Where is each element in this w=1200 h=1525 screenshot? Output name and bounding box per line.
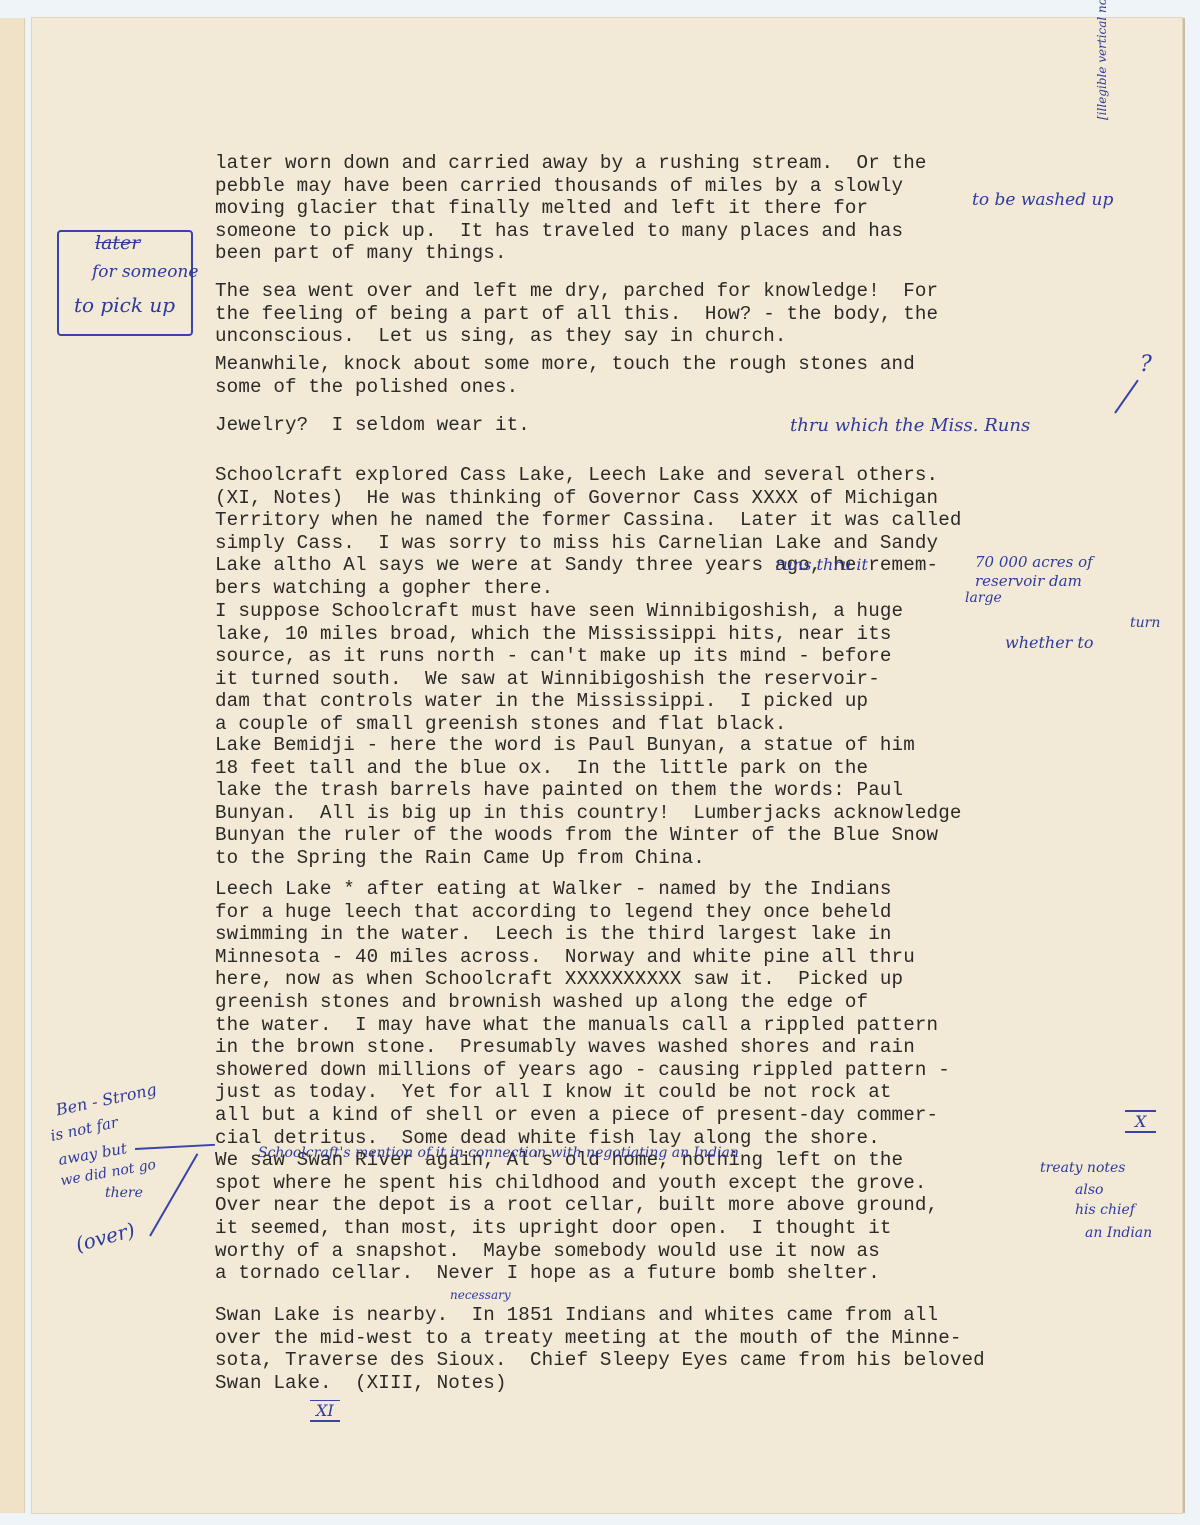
paragraph: I suppose Schoolcraft must have seen Win…	[215, 600, 903, 736]
text-line: Territory when he named the former Cassi…	[215, 509, 962, 532]
text-line: greenish stones and brownish washed up a…	[215, 991, 950, 1014]
paragraph: Meanwhile, knock about some more, touch …	[215, 353, 915, 398]
text-line: showered down millions of years ago - ca…	[215, 1059, 950, 1082]
paragraph: Schoolcraft explored Cass Lake, Leech La…	[215, 464, 962, 600]
text-line: lake the trash barrels have painted on t…	[215, 779, 962, 802]
margin-note-pick-up: to pick up	[74, 293, 175, 317]
text-line: some of the polished ones.	[215, 376, 915, 399]
text-line: for a huge leech that according to legen…	[215, 901, 950, 924]
note-large: large	[965, 590, 1002, 606]
text-line: later worn down and carried away by a ru…	[215, 152, 927, 175]
text-line: Swan Lake is nearby. In 1851 Indians and…	[215, 1304, 985, 1327]
text-line: source, as it runs north - can't make up…	[215, 645, 903, 668]
text-line: bers watching a gopher there.	[215, 577, 962, 600]
text-line: swimming in the water. Leech is the thir…	[215, 923, 950, 946]
margin-ben-strong-5: there	[105, 1185, 143, 1201]
text-line: Jewelry? I seldom wear it.	[215, 414, 530, 437]
text-line: 18 feet tall and the blue ox. In the lit…	[215, 757, 962, 780]
note-runs-thru: runs thru it	[775, 555, 868, 574]
paragraph: The sea went over and left me dry, parch…	[215, 280, 938, 348]
text-line: (XI, Notes) He was thinking of Governor …	[215, 487, 962, 510]
text-line: the feeling of being a part of all this.…	[215, 303, 938, 326]
text-line: Swan Lake. (XIII, Notes)	[215, 1372, 985, 1395]
text-line: simply Cass. I was sorry to miss his Car…	[215, 532, 962, 555]
paragraph: Leech Lake * after eating at Walker - na…	[215, 878, 950, 1285]
text-line: spot where he spent his childhood and yo…	[215, 1172, 950, 1195]
previous-page-edge	[0, 18, 25, 1513]
text-line: Leech Lake * after eating at Walker - na…	[215, 878, 950, 901]
vertical-margin-note: [illegible vertical note]	[1095, 0, 1109, 120]
note-miss-runs: thru which the Miss. Runs	[790, 415, 1030, 436]
text-line: a tornado cellar. Never I hope as a futu…	[215, 1262, 950, 1285]
text-line: it turned south. We saw at Winnibigoshis…	[215, 668, 903, 691]
text-line: just as today. Yet for all I know it cou…	[215, 1081, 950, 1104]
correction-xi: XI	[310, 1400, 340, 1422]
text-line: Bunyan the ruler of the woods from the W…	[215, 824, 962, 847]
text-line: pebble may have been carried thousands o…	[215, 175, 927, 198]
margin-note-later: later	[95, 232, 140, 254]
text-line: dam that controls water in the Mississip…	[215, 690, 903, 713]
margin-note-for-someone: for someone	[92, 262, 198, 282]
text-line: to the Spring the Rain Came Up from Chin…	[215, 847, 962, 870]
text-line: The sea went over and left me dry, parch…	[215, 280, 938, 303]
paragraph: Swan Lake is nearby. In 1851 Indians and…	[215, 1304, 985, 1394]
text-line: worthy of a snapshot. Maybe somebody wou…	[215, 1240, 950, 1263]
text-line: all but a kind of shell or even a piece …	[215, 1104, 950, 1127]
text-line: in the brown stone. Presumably waves was…	[215, 1036, 950, 1059]
text-line: unconscious. Let us sing, as they say in…	[215, 325, 938, 348]
paragraph: Lake Bemidji - here the word is Paul Bun…	[215, 734, 962, 870]
text-line: Lake Bemidji - here the word is Paul Bun…	[215, 734, 962, 757]
text-line: Over near the depot is a root cellar, bu…	[215, 1194, 950, 1217]
text-line: Schoolcraft explored Cass Lake, Leech La…	[215, 464, 962, 487]
insert-washed-up: to be washed up	[972, 190, 1113, 210]
text-line: I suppose Schoolcraft must have seen Win…	[215, 600, 903, 623]
text-line: sota, Traverse des Sioux. Chief Sleepy E…	[215, 1349, 985, 1372]
text-line: a couple of small greenish stones and fl…	[215, 713, 903, 736]
note-x-mark: X	[1125, 1110, 1156, 1133]
note-schoolcraft-mention: Schoolcraft's mention of it in connectio…	[258, 1145, 739, 1161]
insert-necessary: necessary	[450, 1288, 511, 1302]
text-line: here, now as when Schoolcraft XXXXXXXXXX…	[215, 968, 950, 991]
note-treaty: treaty notes	[1040, 1160, 1125, 1176]
text-line: someone to pick up. It has traveled to m…	[215, 220, 927, 243]
text-line: Meanwhile, knock about some more, touch …	[215, 353, 915, 376]
note-his-chief: his chief	[1075, 1202, 1135, 1218]
note-acres-1: 70 000 acres of	[975, 553, 1093, 571]
note-whether-to: whether to	[1005, 633, 1093, 652]
note-turn: turn	[1130, 615, 1160, 631]
paragraph: Jewelry? I seldom wear it.	[215, 414, 530, 437]
note-also: also	[1075, 1182, 1103, 1198]
question-mark: ?	[1140, 352, 1152, 377]
paragraph: later worn down and carried away by a ru…	[215, 152, 927, 265]
text-line: been part of many things.	[215, 242, 927, 265]
text-line: Bunyan. All is big up in this country! L…	[215, 802, 962, 825]
text-line: it seemed, than most, its upright door o…	[215, 1217, 950, 1240]
text-line: lake, 10 miles broad, which the Mississi…	[215, 623, 903, 646]
note-an-indian: an Indian	[1085, 1225, 1152, 1241]
note-acres-2: reservoir dam	[975, 572, 1082, 590]
text-line: the water. I may have what the manuals c…	[215, 1014, 950, 1037]
text-line: over the mid-west to a treaty meeting at…	[215, 1327, 985, 1350]
text-line: Minnesota - 40 miles across. Norway and …	[215, 946, 950, 969]
text-line: moving glacier that finally melted and l…	[215, 197, 927, 220]
